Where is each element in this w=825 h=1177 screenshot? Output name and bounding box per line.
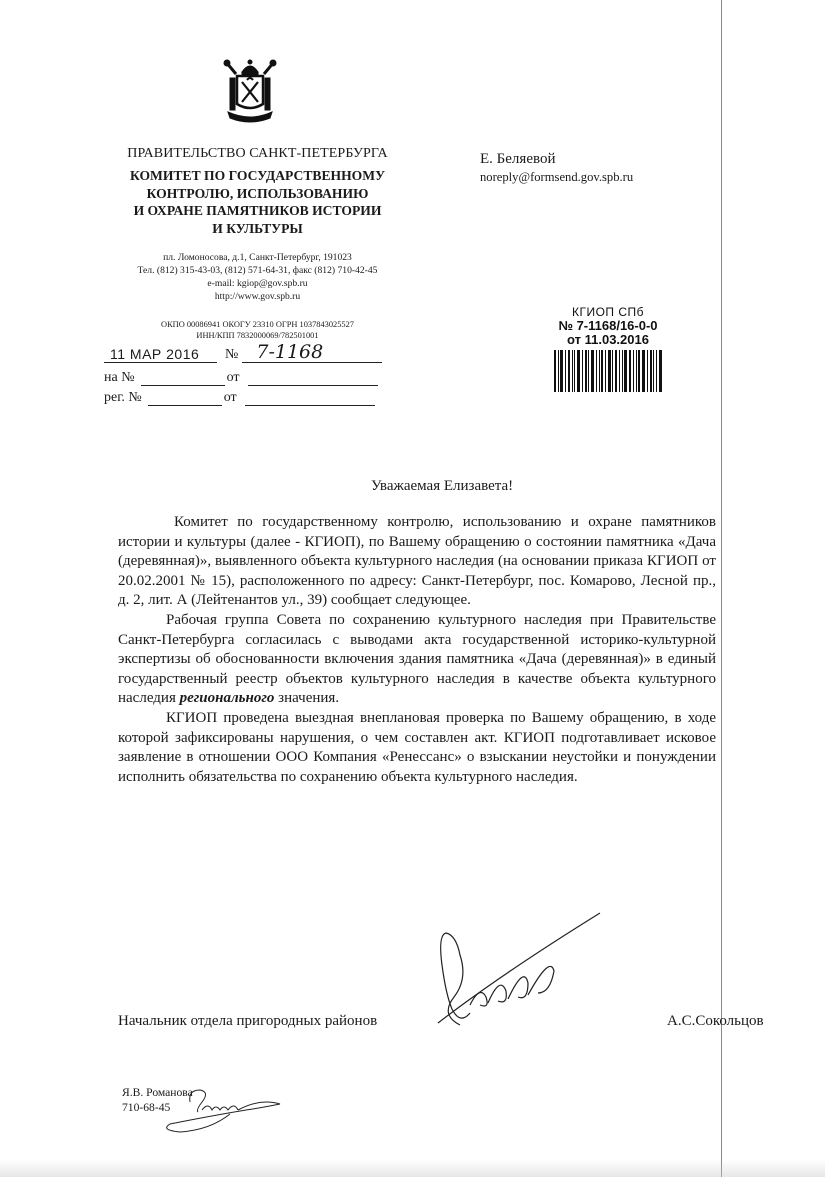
paragraph-text: значения. [274,690,339,706]
registration-stamp: КГИОП СПб № 7-1168/16-0-0 от 11.03.2016 [538,305,678,392]
government-name: ПРАВИТЕЛЬСТВО САНКТ-ПЕТЕРБУРГА [105,146,410,162]
recipient-email: noreply@formsend.gov.spb.ru [480,170,633,185]
date-stamp: 11 МАР 2016 [104,346,217,363]
website-line: http://www.gov.spb.ru [105,290,410,303]
email-line: e-mail: kgiop@gov.spb.ru [105,277,410,290]
reg-label: рег. № [104,390,142,406]
barcode-icon [554,350,662,392]
committee-line: И КУЛЬТУРЫ [105,220,410,238]
registry-codes: ОКПО 00086941 ОКОГУ 23310 ОГРН 103784302… [105,319,410,341]
registration-block: 11 МАР 2016 № 7-1168 на № от рег. № от [104,343,404,406]
scan-fold-line [721,0,722,1177]
number-label: № [225,347,238,363]
letter-body: Комитет по государственному контролю, ис… [118,513,716,787]
codes-line: ОКПО 00086941 ОКОГУ 23310 ОГРН 103784302… [105,319,410,330]
stamp-org: КГИОП СПб [538,305,678,319]
stamp-date: от 11.03.2016 [538,333,678,347]
emphasis-text: регионального [180,690,275,706]
committee-line: И ОХРАНЕ ПАМЯТНИКОВ ИСТОРИИ [105,202,410,220]
reg-from-blank [245,391,375,406]
committee-line: КОМИТЕТ ПО ГОСУДАРСТВЕННОМУ [105,167,410,185]
body-paragraph: Комитет по государственному контролю, ис… [118,513,716,611]
committee-address: пл. Ломоносова, д.1, Санкт-Петербург, 19… [105,251,410,303]
coat-of-arms-icon [222,58,278,124]
reply-to-label: на № [104,370,135,386]
stamp-number: № 7-1168/16-0-0 [538,319,678,333]
codes-line: ИНН/КПП 7832000069/782501001 [105,330,410,341]
from-label: от [227,370,240,386]
signatory-position: Начальник отдела пригородных районов [118,1013,377,1030]
committee-line: КОНТРОЛЮ, ИСПОЛЬЗОВАНИЮ [105,185,410,203]
reg-number-row: рег. № от [104,386,404,406]
signer-name: А.С.Сокольцов [667,1013,764,1030]
outgoing-number-row: 11 МАР 2016 № 7-1168 [104,343,404,363]
reg-from-label: от [224,390,237,406]
handwritten-number: 7-1168 [242,342,382,363]
handwritten-initials-icon [150,1080,300,1135]
reply-to-row: на № от [104,366,404,386]
phone-line: Тел. (812) 315-43-03, (812) 571-64-31, ф… [105,264,410,277]
reg-blank [148,391,222,406]
recipient: Е. Беляевой noreply@formsend.gov.spb.ru [480,151,633,185]
recipient-name: Е. Беляевой [480,151,633,168]
reply-to-blank [141,371,225,386]
body-paragraph: КГИОП проведена выездная внеплановая про… [118,709,716,787]
handwritten-signature-icon [420,905,610,1035]
from-blank [248,371,378,386]
body-paragraph: Рабочая группа Совета по сохранению куль… [118,611,716,709]
letterhead: ПРАВИТЕЛЬСТВО САНКТ-ПЕТЕРБУРГА КОМИТЕТ П… [105,146,410,341]
address-line: пл. Ломоносова, д.1, Санкт-Петербург, 19… [105,251,410,264]
committee-name: КОМИТЕТ ПО ГОСУДАРСТВЕННОМУ КОНТРОЛЮ, ИС… [105,167,410,237]
greeting: Уважаемая Елизавета! [371,478,513,495]
scan-bottom-shade [0,1160,825,1177]
